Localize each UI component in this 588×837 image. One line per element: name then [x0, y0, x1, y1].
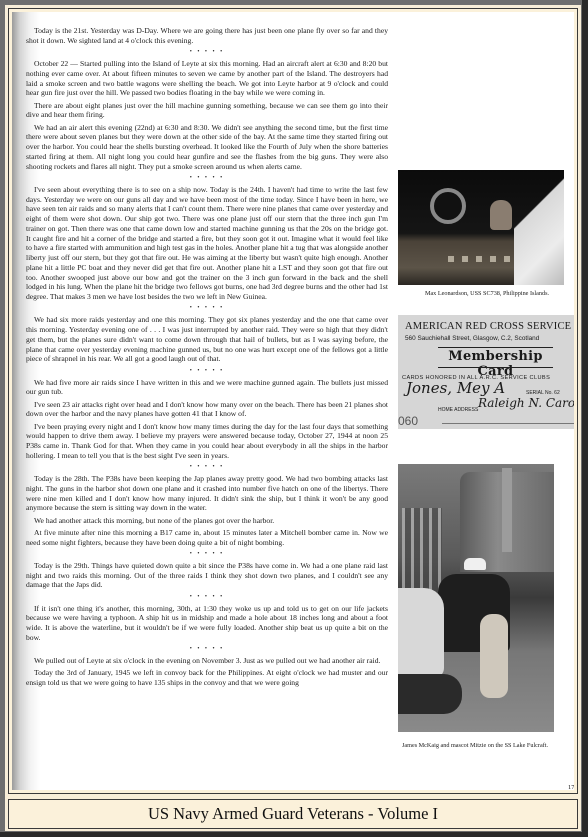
card-rule [438, 347, 553, 348]
card-club-name: AMERICAN RED CROSS SERVICE CLUB [405, 321, 574, 332]
card-member-name: Jones, Mey A [406, 379, 505, 397]
diary-paragraph: Today is the 21st. Yesterday was D-Day. … [26, 26, 388, 46]
section-divider: • • • • • [26, 304, 388, 312]
panel-knobs-shape [448, 256, 518, 262]
section-divider: • • • • • [26, 174, 388, 182]
footer-bar: US Navy Armed Guard Veterans - Volume I [8, 799, 578, 829]
legs-shape [398, 674, 462, 714]
pipe-shape [502, 468, 512, 552]
second-sailor-shape [398, 588, 444, 678]
card-rule [438, 367, 553, 368]
diary-paragraph: If it isn't one thing it's another, this… [26, 604, 388, 643]
card-address: 560 Sauchiehall Street, Glasgow, C.2, Sc… [405, 335, 539, 342]
card-home-address-label: HOME ADDRESS [438, 407, 478, 413]
diary-paragraph: October 22 — Started pulling into the Is… [26, 59, 388, 98]
diary-paragraph: We had six more raids yesterday and one … [26, 315, 388, 364]
diary-paragraph: At five minute after nine this morning a… [26, 528, 388, 548]
membership-card-image: AMERICAN RED CROSS SERVICE CLUB 560 Sauc… [398, 315, 574, 429]
diary-paragraph: Today the 3rd of January, 1945 we left i… [26, 668, 388, 688]
photo-caption-bottom: James McKaig and mascot Mitzie on the SS… [402, 742, 558, 750]
diary-paragraph: We pulled out of Leyte at six o'clock in… [26, 656, 388, 666]
card-home-address-value: Raleigh N. Caroli [478, 396, 574, 410]
footer-title: US Navy Armed Guard Veterans - Volume I [148, 804, 438, 824]
frame-shadow-right [582, 0, 588, 837]
photo-max-leonardson [398, 170, 564, 285]
bulkhead-shape [514, 170, 564, 285]
section-divider: • • • • • [26, 463, 388, 471]
diary-paragraph: Today is the 29th. Things have quieted d… [26, 561, 388, 590]
page-image-box: Today is the 21st. Yesterday was D-Day. … [8, 8, 578, 794]
sailor-hat-shape [464, 558, 486, 570]
diary-text-column: Today is the 21st. Yesterday was D-Day. … [26, 26, 388, 690]
frame-shadow-bottom [0, 832, 588, 837]
section-divider: • • • • • [26, 593, 388, 601]
person-shape [490, 200, 512, 230]
section-divider: • • • • • [26, 367, 388, 375]
railing-shape [402, 508, 442, 598]
diary-paragraph: We had an air alert this evening (22nd) … [26, 123, 388, 172]
section-divider: • • • • • [26, 550, 388, 558]
diary-paragraph: I've seen about everything there is to s… [26, 185, 388, 302]
card-rule [442, 423, 574, 424]
card-number: 060 [398, 414, 418, 428]
diary-paragraph: I've seen 23 air attacks right over head… [26, 400, 388, 420]
diary-paragraph: We had another attack this morning, but … [26, 516, 388, 526]
dog-mascot-shape [480, 614, 508, 698]
page-number: 17 [568, 784, 574, 790]
diary-paragraph: There are about eight planes just over t… [26, 101, 388, 121]
section-divider: • • • • • [26, 48, 388, 56]
searchlight-shape [430, 188, 466, 224]
diary-paragraph: I've been praying every night and I don'… [26, 422, 388, 461]
photo-caption-top: Max Leonardson, USS SC738, Philippine Is… [402, 290, 572, 298]
section-divider: • • • • • [26, 645, 388, 653]
diary-paragraph: We had five more air raids since I have … [26, 378, 388, 398]
scanned-page: Today is the 21st. Yesterday was D-Day. … [12, 12, 574, 790]
diary-paragraph: Today is the 28th. The P38s have been ke… [26, 474, 388, 513]
page-frame: Today is the 21st. Yesterday was D-Day. … [5, 5, 581, 831]
photo-james-mckaig-mitzie [398, 464, 554, 732]
